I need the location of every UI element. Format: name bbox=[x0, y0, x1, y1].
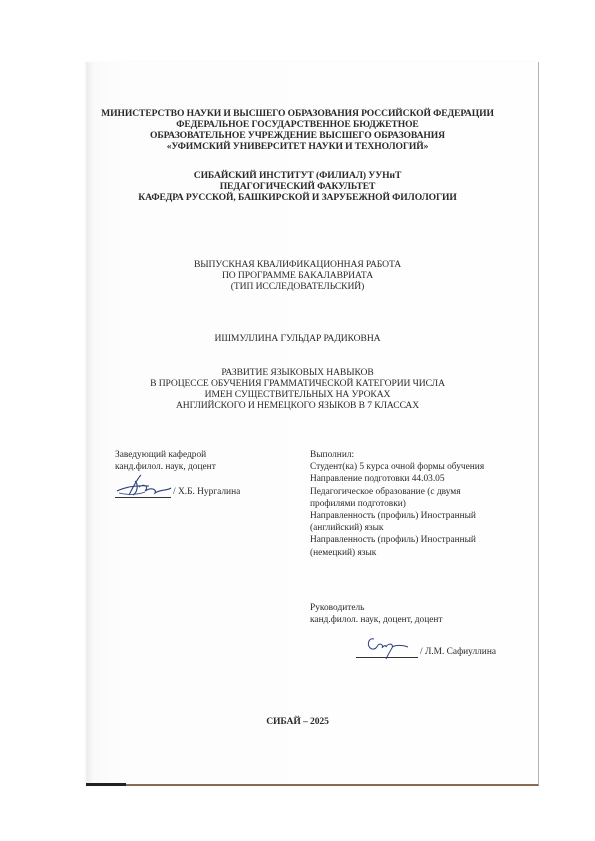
ministry-header: МИНИСТЕРСТВО НАУКИ И ВЫСШЕГО ОБРАЗОВАНИЯ… bbox=[0, 108, 595, 152]
head-signature-row: / Х.Б. Нургалина bbox=[115, 483, 240, 498]
performed-by-label: Выполнил: bbox=[310, 449, 530, 461]
topic-line: АНГЛИЙСКОГО И НЕМЕЦКОГО ЯЗЫКОВ В 7 КЛАСС… bbox=[0, 400, 595, 411]
signature-line bbox=[356, 643, 418, 658]
topic-line: РАЗВИТИЕ ЯЗЫКОВЫХ НАВЫКОВ bbox=[0, 367, 595, 378]
ministry-line: ОБРАЗОВАТЕЛЬНОЕ УЧРЕЖДЕНИЕ ВЫСШЕГО ОБРАЗ… bbox=[0, 130, 595, 141]
ministry-line: МИНИСТЕРСТВО НАУКИ И ВЫСШЕГО ОБРАЗОВАНИЯ… bbox=[0, 108, 595, 119]
head-name: / Х.Б. Нургалина bbox=[173, 486, 240, 498]
work-type: ВЫПУСКНАЯ КВАЛИФИКАЦИОННАЯ РАБОТА ПО ПРО… bbox=[0, 259, 595, 292]
ministry-line: «УФИМСКИЙ УНИВЕРСИТЕТ НАУКИ И ТЕХНОЛОГИЙ… bbox=[0, 141, 595, 152]
institute-line: СИБАЙСКИЙ ИНСТИТУТ (ФИЛИАЛ) УУНиТ bbox=[0, 170, 595, 181]
handwritten-signature-icon bbox=[356, 633, 418, 661]
department-line: КАФЕДРА РУССКОЙ, БАШКИРСКОЙ И ЗАРУБЕЖНОЙ… bbox=[0, 192, 595, 203]
supervisor-block: Руководитель канд.филол. наук, доцент, д… bbox=[310, 602, 443, 626]
head-role: Заведующий кафедрой bbox=[115, 449, 216, 461]
supervisor-role: Руководитель bbox=[310, 602, 443, 614]
work-type-line: (ТИП ИССЛЕДОВАТЕЛЬСКИЙ) bbox=[0, 281, 595, 292]
work-type-line: ПО ПРОГРАММЕ БАКАЛАВРИАТА bbox=[0, 270, 595, 281]
work-type-line: ВЫПУСКНАЯ КВАЛИФИКАЦИОННАЯ РАБОТА bbox=[0, 259, 595, 270]
program-line: Педагогическое образование (с двумя bbox=[310, 486, 530, 498]
supervisor-signature-row: / Л.М. Сафиуллина bbox=[356, 643, 496, 658]
head-of-department-block: Заведующий кафедрой канд.филол. наук, до… bbox=[115, 449, 216, 473]
profile-line: Направленность (профиль) Иностранный bbox=[310, 534, 530, 546]
thesis-topic: РАЗВИТИЕ ЯЗЫКОВЫХ НАВЫКОВ В ПРОЦЕССЕ ОБУ… bbox=[0, 367, 595, 411]
profile-line: (английский) язык bbox=[310, 522, 530, 534]
head-degree: канд.филол. наук, доцент bbox=[115, 461, 216, 473]
program-line: профилями подготовки) bbox=[310, 498, 530, 510]
handwritten-signature-icon bbox=[115, 473, 175, 499]
supervisor-name: / Л.М. Сафиуллина bbox=[420, 646, 496, 658]
faculty-line: ПЕДАГОГИЧЕСКИЙ ФАКУЛЬТЕТ bbox=[0, 181, 595, 192]
ministry-line: ФЕДЕРАЛЬНОЕ ГОСУДАРСТВЕННОЕ БЮДЖЕТНОЕ bbox=[0, 119, 595, 130]
topic-line: ИМЕН СУЩЕСТВИТЕЛЬНЫХ НА УРОКАХ bbox=[0, 389, 595, 400]
signature-line bbox=[115, 483, 171, 498]
profile-line: Направленность (профиль) Иностранный bbox=[310, 510, 530, 522]
institute-header: СИБАЙСКИЙ ИНСТИТУТ (ФИЛИАЛ) УУНиТ ПЕДАГО… bbox=[0, 170, 595, 203]
direction-line: Направление подготовки 44.03.05 bbox=[310, 473, 530, 485]
performed-by-block: Выполнил: Студент(ка) 5 курса очной форм… bbox=[310, 449, 530, 559]
topic-line: В ПРОЦЕССЕ ОБУЧЕНИЯ ГРАММАТИЧЕСКОЙ КАТЕГ… bbox=[0, 378, 595, 389]
profile-line: (немецкий) язык bbox=[310, 547, 530, 559]
author-name: ИШМУЛЛИНА ГУЛЬДАР РАДИКОВНА bbox=[0, 333, 595, 344]
city-year: СИБАЙ – 2025 bbox=[0, 716, 595, 727]
student-info-line: Студент(ка) 5 курса очной формы обучения bbox=[310, 461, 530, 473]
supervisor-degree: канд.филол. наук, доцент, доцент bbox=[310, 614, 443, 626]
